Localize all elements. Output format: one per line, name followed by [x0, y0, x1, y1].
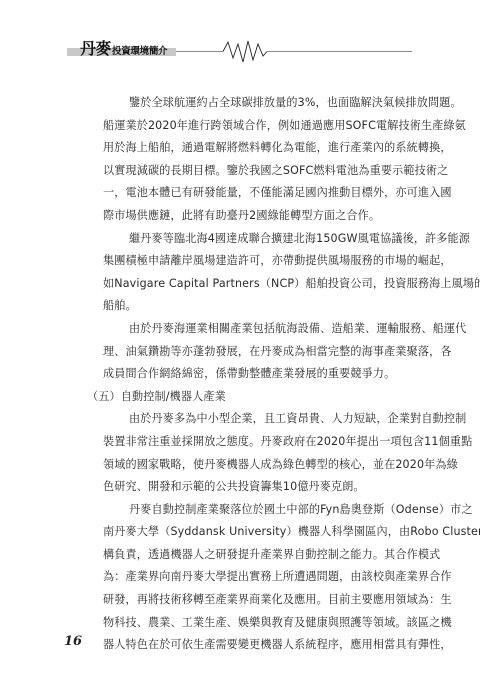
text-line: 色研究、開發和示範的公共投資籌集10億丹麥克朗。	[103, 476, 418, 499]
text-line: 裝置非常注重並採開放之態度。丹麥政府在2020年提出一項包含11個重點	[103, 431, 418, 454]
section-heading: （五）自動控制/機器人產業	[87, 386, 418, 409]
header-title-country: 丹麥	[80, 40, 111, 58]
text-line: 研發，再將技術移轉至產業界商業化及應用。目前主要應用領域為：生	[103, 589, 418, 612]
text-line: 成員間合作網絡綿密，係帶動整體產業發展的重要競爭力。	[103, 363, 418, 386]
header-zigzag-rule-icon	[0, 0, 480, 70]
text-line: 物科技、農業、工業生產、娛樂與教育及健康與照護等領域。該區之機	[103, 612, 418, 635]
text-line: 船舶。	[103, 295, 418, 318]
text-line: 繼丹麥等臨北海4國達成聯合擴建北海150GW風電協議後，許多能源	[103, 228, 418, 251]
text-line: 丹麥自動控制產業聚落位於國土中部的Fyn島奧登斯（Odense）市之	[103, 499, 418, 522]
text-line: 理、油氣鑽勘等亦蓬勃發展，在丹麥成為相當完整的海事產業聚落，各	[103, 341, 418, 364]
text-line: 鑒於全球航運約占全球碳排放量的3%，也面臨解決氣候排放問題。	[103, 92, 418, 115]
body-text: 鑒於全球航運約占全球碳排放量的3%，也面臨解決氣候排放問題。 船運業於2020年…	[103, 92, 418, 657]
text-line: 由於丹麥海運業相關產業包括航海設備、造船業、運輸服務、船運代	[103, 318, 418, 341]
text-line: 際市場供應鏈，此將有助臺丹2國綠能轉型方面之合作。	[103, 205, 418, 228]
page-number: 16	[64, 634, 82, 649]
header-title-subtitle: 投資環境簡介	[112, 45, 167, 58]
text-line: 由於丹麥多為中小型企業，且工資昂貴、人力短缺，企業對自動控制	[103, 408, 418, 431]
header-title: 丹麥 投資環境簡介	[80, 40, 167, 58]
text-line: 領域的國家戰略，使丹麥機器人成為綠色轉型的核心，並在2020年為綠	[103, 454, 418, 477]
text-line: 集團積極申請離岸風場建造許可，亦帶動提供風場服務的市場的崛起，	[103, 250, 418, 273]
text-line: 船運業於2020年進行跨領域合作，例如通過應用SOFC電解技術生產綠氨	[103, 115, 418, 138]
text-line: 為：產業界向南丹麥大學提出實務上所遭遇問題，由該校與產業界合作	[103, 566, 418, 589]
running-header: 丹麥 投資環境簡介	[0, 0, 480, 70]
text-line: 用於海上船舶，通過電解將燃料轉化為電能，進行產業內的系統轉換，	[103, 137, 418, 160]
text-line: 以實現減碳的長期目標。鑒於我國之SOFC燃料電池為重要示範技術之	[103, 160, 418, 183]
text-line: 南丹麥大學（Syddansk University）機器人科學園區內，由Robo…	[103, 521, 418, 544]
text-line: 構負責，透過機器人之研發提升產業界自動控制之能力。其合作模式	[103, 544, 418, 567]
text-line: 如Navigare Capital Partners（NCP）船舶投資公司，投資…	[103, 273, 418, 296]
text-line: 器人特色在於可依生產需要變更機器人系統程序，應用相當具有彈性，	[103, 634, 418, 657]
text-line: 一，電池本體已有研發能量，不僅能滿足國內推動目標外，亦可進入國	[103, 182, 418, 205]
